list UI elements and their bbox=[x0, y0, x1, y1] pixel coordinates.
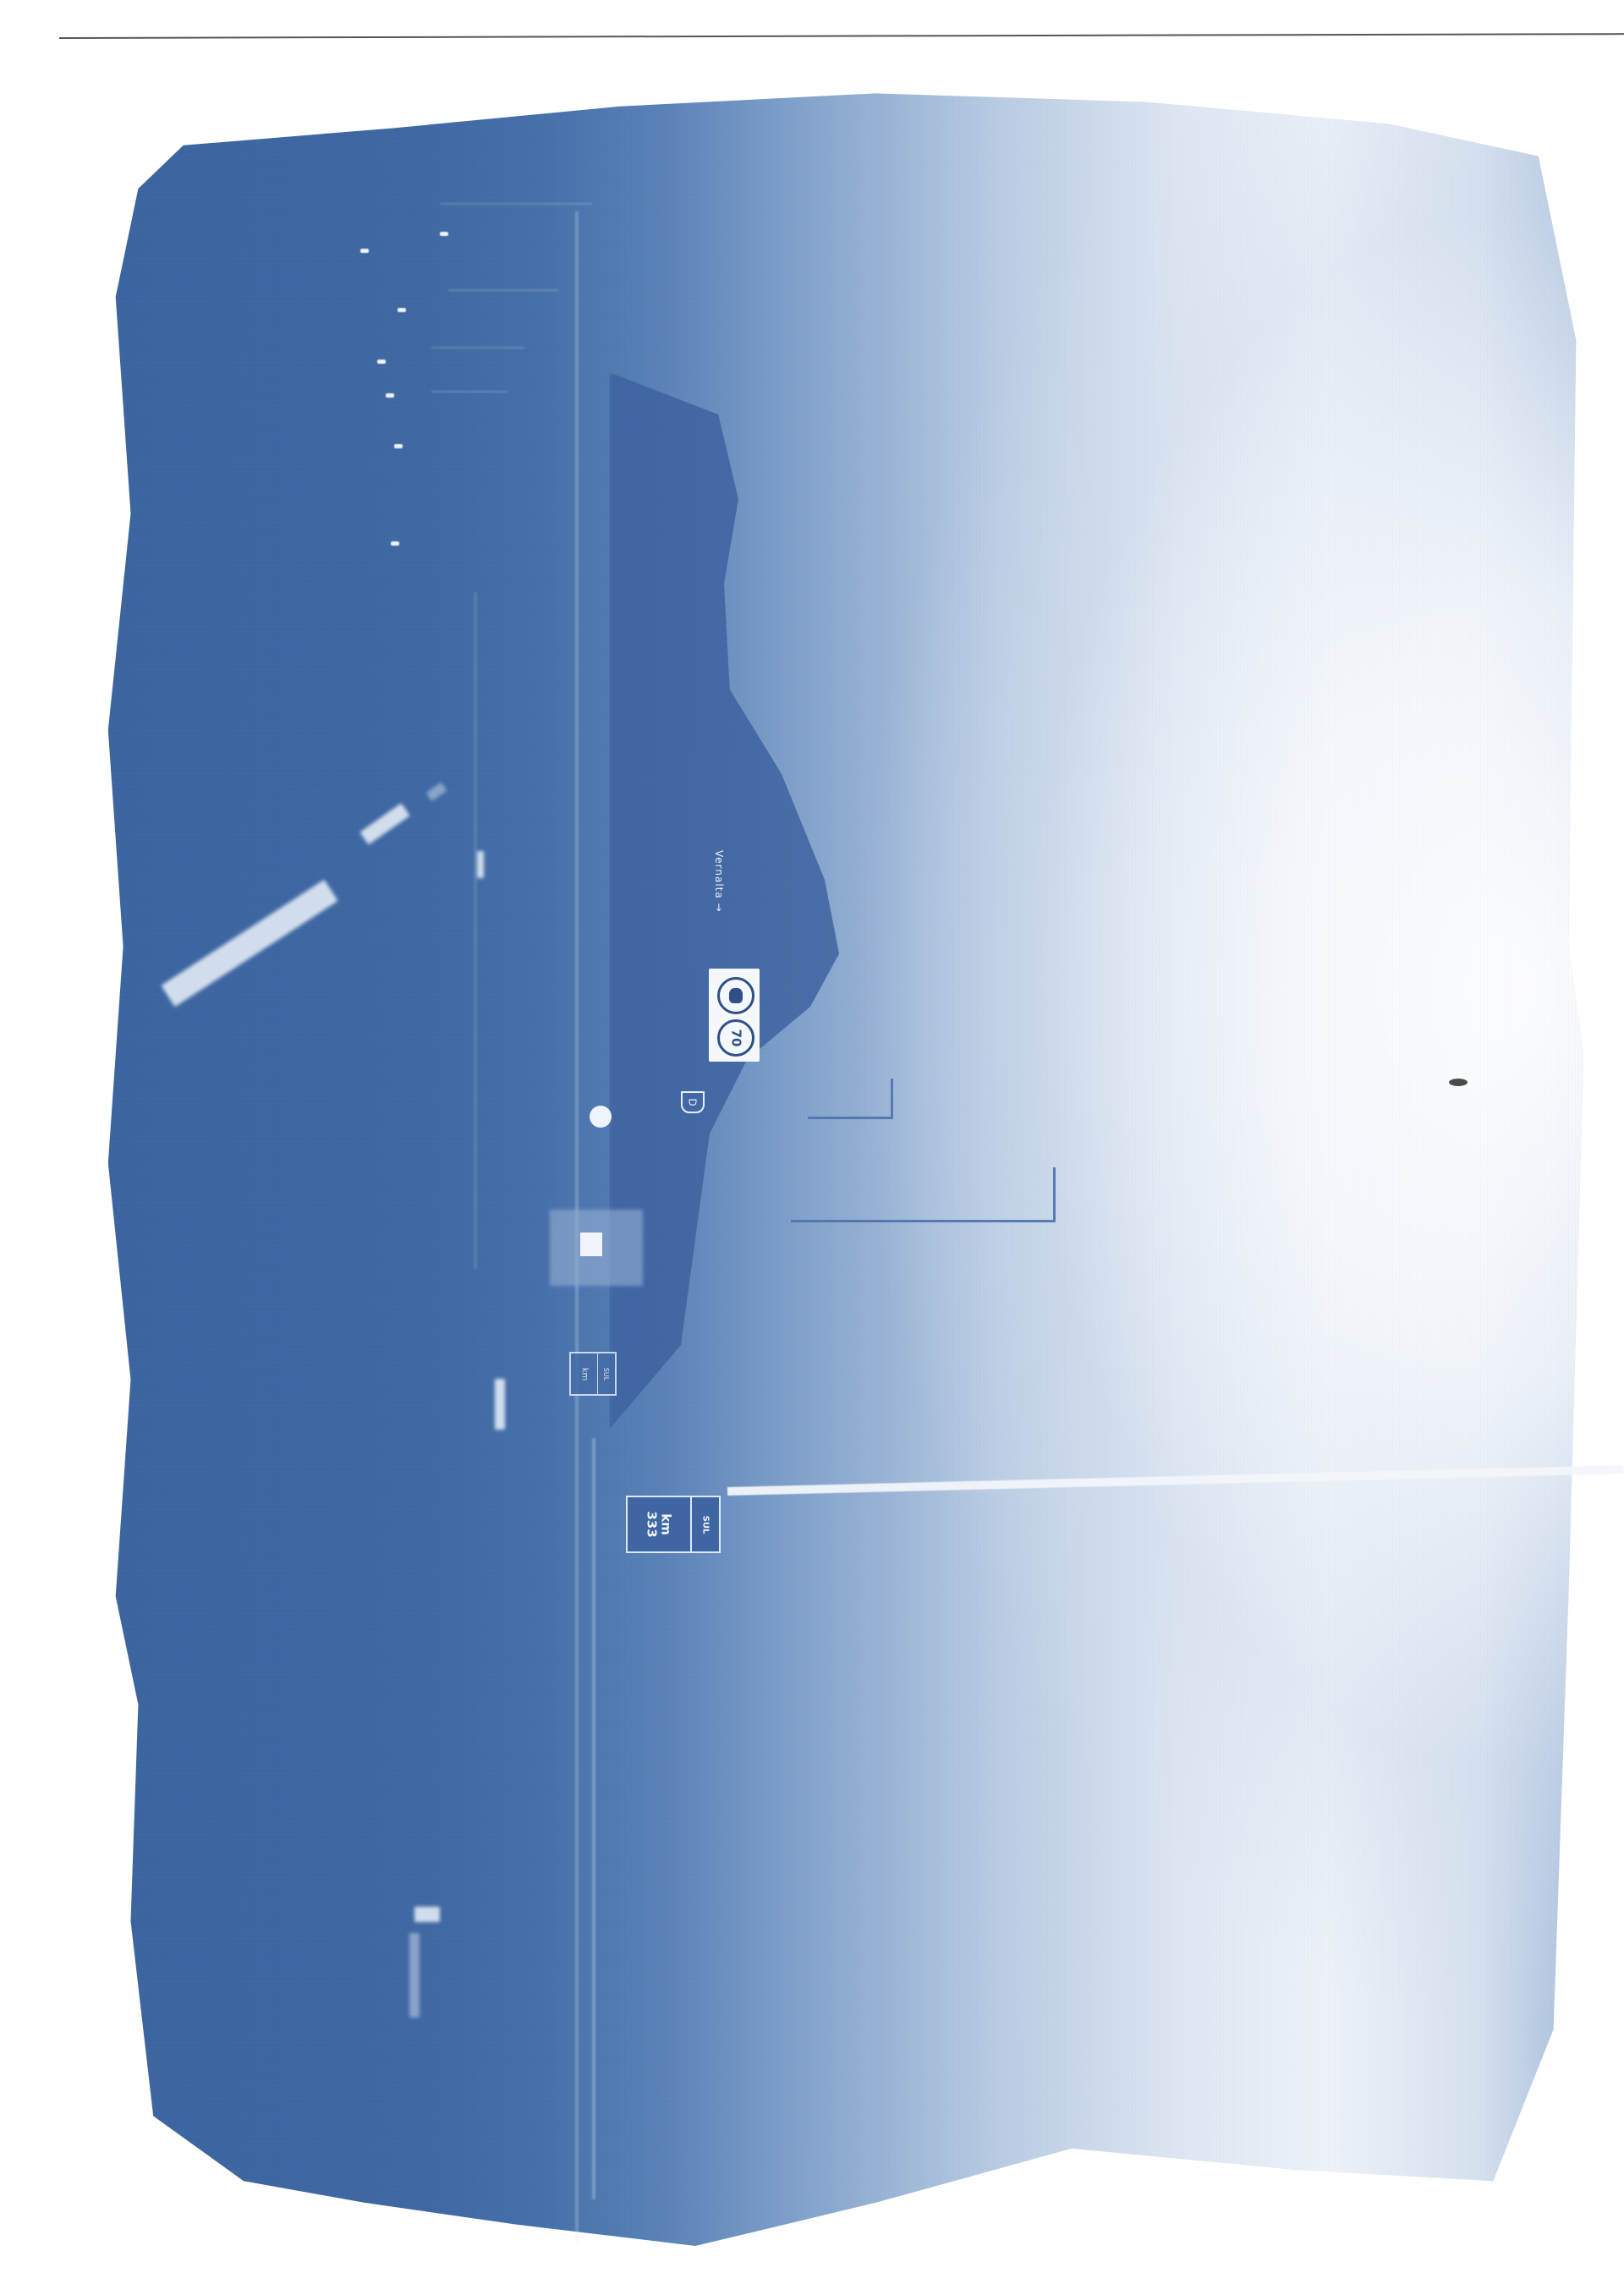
road-edge-line bbox=[592, 1438, 595, 2199]
pole-shadow bbox=[791, 1167, 1056, 1222]
speed-limit-sign: 70 bbox=[717, 1019, 754, 1057]
paper-texture bbox=[93, 80, 1599, 2246]
road-edge-line bbox=[474, 592, 477, 1269]
gantry-line bbox=[448, 289, 558, 291]
lane-light-streak bbox=[477, 851, 484, 878]
distance-sign: km 333 SUL bbox=[626, 1496, 721, 1553]
distant-light bbox=[377, 360, 386, 364]
distant-light bbox=[398, 308, 406, 312]
ink-speck bbox=[1449, 1079, 1468, 1086]
distant-light bbox=[394, 444, 403, 448]
gantry-line bbox=[431, 347, 524, 349]
no-animals-sign bbox=[717, 977, 754, 1014]
distance-value: 333 bbox=[645, 1511, 660, 1537]
route-label: SUL bbox=[700, 1515, 710, 1534]
distance-sign-small: km SUL bbox=[569, 1352, 617, 1396]
distance-unit: km bbox=[659, 1513, 674, 1535]
distant-light bbox=[360, 249, 369, 253]
direction-label: Vernalta → bbox=[713, 850, 725, 913]
distant-light bbox=[440, 232, 448, 236]
pole-shadow bbox=[808, 1079, 893, 1119]
gantry-line bbox=[431, 391, 507, 393]
panel-icon bbox=[580, 1233, 602, 1256]
gantry-line bbox=[440, 203, 592, 205]
lane-light-streak bbox=[495, 1379, 505, 1430]
cyanotype-print bbox=[93, 80, 1599, 2246]
lane-light-streak bbox=[414, 1907, 440, 1922]
distant-light bbox=[386, 393, 394, 398]
lane-light-streak bbox=[409, 1933, 420, 2018]
pencil-border-line bbox=[59, 33, 1624, 39]
distant-light bbox=[391, 541, 399, 546]
animal-icon bbox=[729, 988, 743, 1003]
d-sign: D bbox=[681, 1091, 705, 1113]
round-sign bbox=[590, 1106, 612, 1128]
